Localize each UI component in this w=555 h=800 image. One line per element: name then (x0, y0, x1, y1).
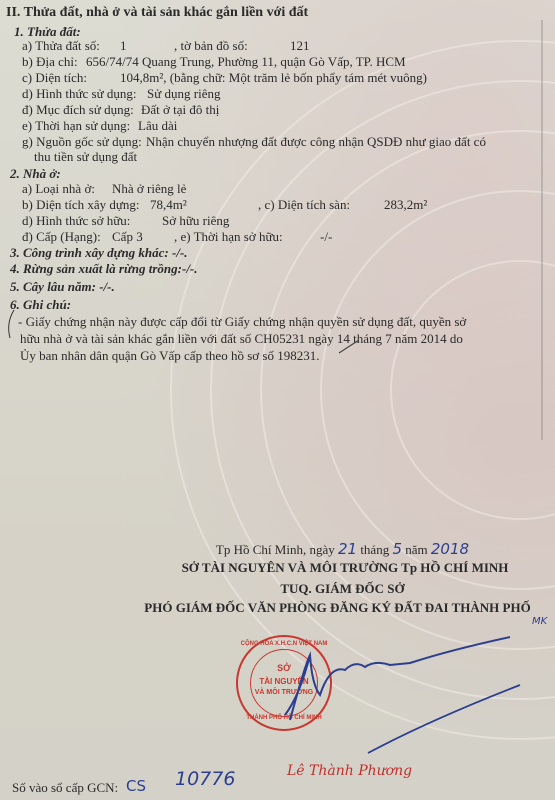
term-label: e) Thời hạn sử dụng: (22, 118, 130, 134)
floor-area-label: , c) Diện tích sàn: (258, 197, 350, 213)
area-value: 104,8m², (bằng chữ: Một trăm lẻ bốn phẩy… (120, 70, 427, 86)
origin-label: g) Nguồn gốc sử dụng: (22, 134, 142, 150)
signer-position: PHÓ GIÁM ĐỐC VĂN PHÒNG ĐĂNG KÝ ĐẤT ĐAI T… (0, 600, 555, 616)
house-type-value: Nhà ở riêng lẻ (112, 181, 186, 197)
address-value: 656/74/74 Quang Trung, Phường 11, quận G… (86, 54, 406, 70)
use-form-label: d) Hình thức sử dụng: (22, 86, 136, 102)
date-year: 2018 (431, 540, 469, 558)
ownership-value: Sở hữu riêng (162, 213, 229, 229)
date-month: 5 (392, 540, 402, 558)
own-term-value: -/- (320, 229, 332, 245)
term-value: Lâu dài (138, 118, 177, 134)
signer-name: Lê Thành Phương (287, 763, 412, 779)
purpose-label: đ) Mục đích sử dụng: (22, 102, 134, 118)
area-label: c) Diện tích: (22, 70, 87, 86)
registry-prefix: CS (126, 778, 146, 794)
date-month-label: tháng (360, 542, 389, 557)
address-label: b) Địa chỉ: (22, 54, 78, 70)
section-title: II. Thửa đất, nhà ở và tài sản khác gắn … (6, 5, 308, 21)
house-type-label: a) Loại nhà ở: (22, 181, 95, 197)
production-forest: 4. Rừng sản xuất là rừng trồng:-/-. (10, 261, 198, 277)
date-day: 21 (338, 540, 357, 558)
parcel-label: a) Thửa đất số: (22, 38, 100, 54)
map-label: , tờ bản đồ số: (174, 38, 248, 54)
build-area-value: 78,4m² (150, 197, 187, 213)
date-place: Tp Hồ Chí Minh, ngày (216, 542, 335, 557)
purpose-value: Đất ở tại đô thị (141, 102, 219, 118)
ownership-label: d) Hình thức sở hữu: (22, 213, 130, 229)
house-heading: 2. Nhà ở: (10, 166, 61, 182)
origin-value-line2: thu tiền sử dụng đất (34, 149, 137, 165)
build-area-label: b) Diện tích xây dựng: (22, 197, 140, 213)
map-value: 121 (290, 38, 310, 54)
use-form-value: Sử dụng riêng (147, 86, 221, 102)
floor-area-value: 283,2m² (384, 197, 427, 213)
signing-date: Tp Hồ Chí Minh, ngày 21 tháng 5 năm 2018 (0, 540, 555, 558)
origin-value-line1: Nhận chuyển nhượng đất được công nhận QS… (146, 134, 486, 150)
own-term-label: , e) Thời hạn sở hữu: (174, 229, 283, 245)
agency-name: SỞ TÀI NGUYÊN VÀ MÔI TRƯỜNG Tp HỒ CHÍ MI… (0, 560, 555, 576)
page-fold-edge (541, 20, 543, 440)
date-year-label: năm (405, 542, 427, 557)
registry-label: Số vào sổ cấp GCN: (12, 780, 118, 796)
signature (250, 625, 550, 765)
grade-label: đ) Cấp (Hạng): (22, 229, 101, 245)
grade-value: Cấp 3 (112, 229, 143, 245)
perennial-trees: 5. Cây lâu năm: -/-. (10, 279, 115, 295)
pen-marks (4, 308, 374, 368)
parcel-value: 1 (120, 38, 127, 54)
other-works: 3. Công trình xây dựng khác: -/-. (10, 245, 188, 261)
tuq-line: TUQ. GIÁM ĐỐC SỞ (0, 581, 555, 597)
registry-number: 10776 (175, 771, 235, 787)
